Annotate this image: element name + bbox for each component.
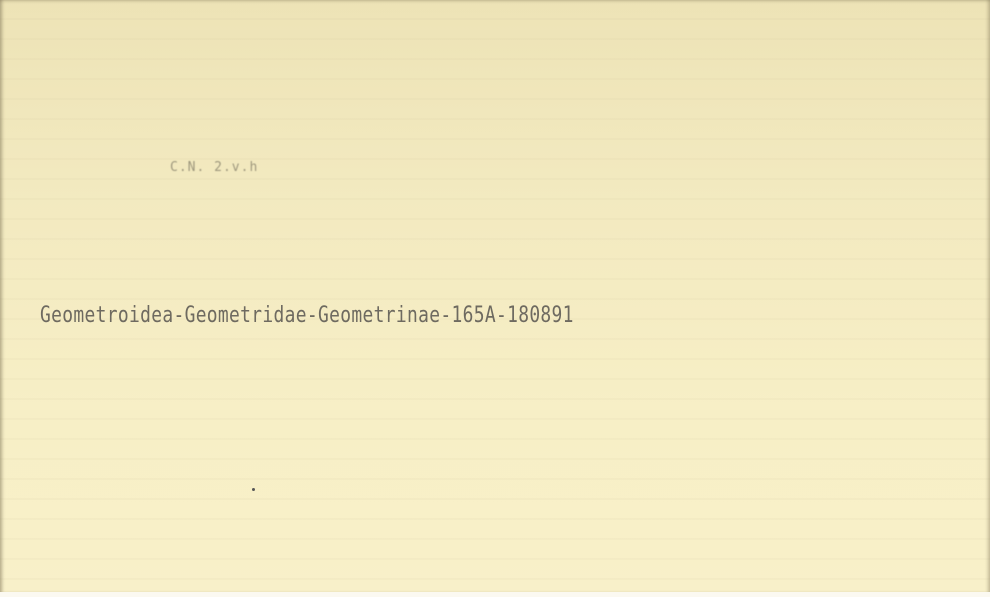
ink-speck [252,488,255,491]
taxon-label: Geometroidea-Geometridae-Geometrinae-165… [40,303,574,328]
faded-stamp: C.N. 2.v.h [170,160,258,175]
card-bottom-edge [0,592,990,597]
index-card: C.N. 2.v.h Geometroidea-Geometridae-Geom… [0,0,990,592]
